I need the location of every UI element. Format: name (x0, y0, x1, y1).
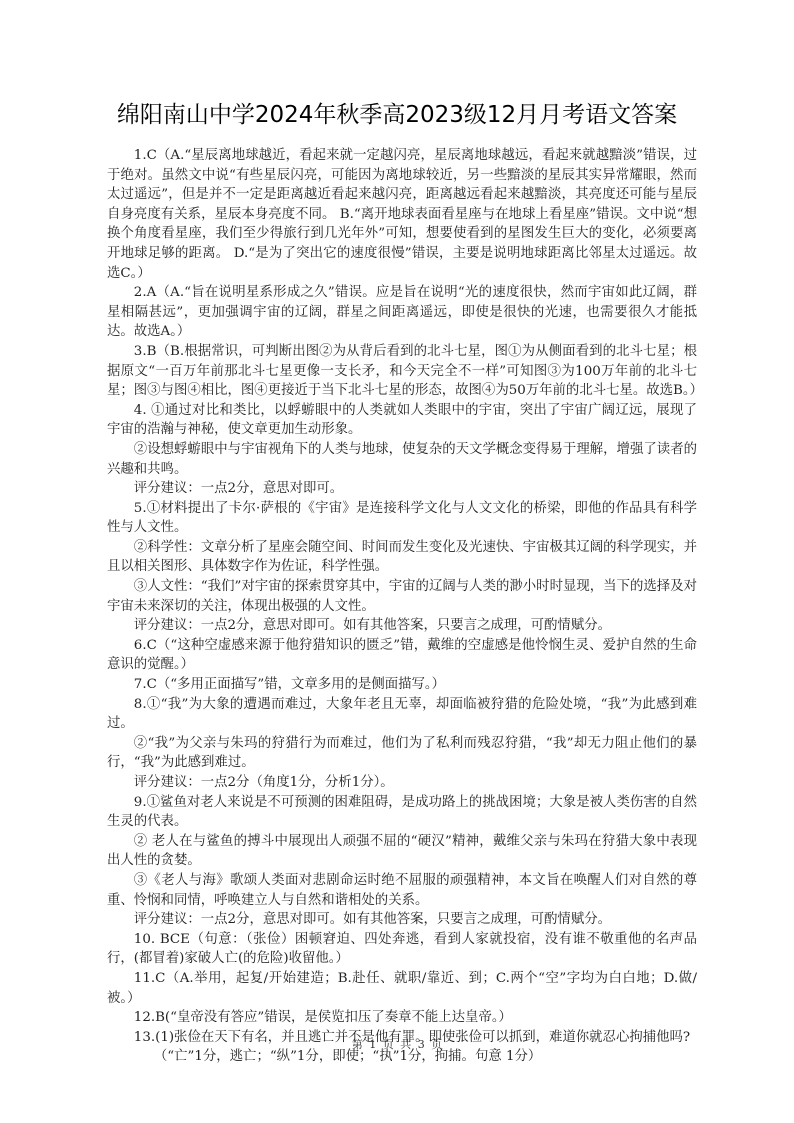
answer-q4-point2: ②设想蜉蝣眼中与宇宙视角下的人类与地球，使复杂的天文学概念变得易于理解，增强了读… (107, 440, 697, 479)
answer-q9-point1: 9.①鲨鱼对老人来说是不可预测的困难阻碍，是成功路上的挑战困境；大象是被人类伤害… (107, 793, 697, 832)
answer-q5-point2: ②科学性：文章分析了星座会随空间、时间而发生变化及光速快、宇宙极其辽阔的科学现实… (107, 538, 697, 577)
answer-q5-point3: ③人文性：“我们”对宇宙的探索贯穿其中，宇宙的辽阔与人类的渺小时时显现，当下的选… (107, 577, 697, 616)
answer-q2: 2.A（A.“旨在说明星系形成之久”错误。应是旨在说明“光的速度很快，然而宇宙如… (107, 283, 697, 342)
answer-q9-point3: ③《老人与海》歌颂人类面对悲剧命运时绝不屈服的顽强精神，本文旨在唤醒人们对自然的… (107, 871, 697, 910)
answer-body: 1.C（A.“星辰离地球越近，看起来就一定越闪亮，星辰离地球越远，看起来就越黯淡… (107, 146, 697, 1067)
answer-q7: 7.C（“多用正面描写”错，文章多用的是侧面描写。） (107, 675, 697, 695)
page-number-footer: 第 1 页 共 3 页 (0, 1036, 794, 1052)
scoring-note-q5: 评分建议：一点2分，意思对即可。如有其他答案，只要言之成理，可酌情赋分。 (107, 616, 697, 636)
answer-q4-point1: 4. ①通过对比和类比，以蜉蝣眼中的人类就如人类眼中的宇宙，突出了宇宙广阔辽远，… (107, 401, 697, 440)
answer-q11: 11.C（A.举用，起复/开始建造；B.赴任、就职/靠近、到；C.两个“空”字均… (107, 969, 697, 1008)
scoring-note-q8: 评分建议：一点2分（角度1分，分析1分）。 (107, 773, 697, 793)
answer-q10: 10. BCE（句意：（张俭）困顿窘迫、四处奔逃，看到人家就投宿，没有谁不敬重他… (107, 930, 697, 969)
scoring-note-q4: 评分建议：一点2分，意思对即可。 (107, 479, 697, 499)
answer-q9-point2: ② 老人在与鲨鱼的搏斗中展现出人顽强不屈的“硬汉”精神，戴维父亲与朱玛在狩猎大象… (107, 832, 697, 871)
page-title: 绵阳南山中学2024年秋季高2023级12月月考语文答案 (100, 98, 694, 132)
answer-q3: 3.B（B.根据常识，可判断出图②为从背后看到的北斗七星，图①为从侧面看到的北斗… (107, 342, 697, 401)
answer-q6: 6.C（“这种空虚感来源于他狩猎知识的匮乏”错，戴维的空虚感是他怜悯生灵、爱护自… (107, 636, 697, 675)
answer-q1: 1.C（A.“星辰离地球越近，看起来就一定越闪亮，星辰离地球越远，看起来就越黯淡… (107, 146, 697, 283)
scoring-note-q9: 评分建议：一点2分，意思对即可。如有其他答案，只要言之成理，可酌情赋分。 (107, 910, 697, 930)
document-page: 绵阳南山中学2024年秋季高2023级12月月考语文答案 1.C（A.“星辰离地… (0, 0, 794, 1123)
answer-q5-point1: 5.①材料提出了卡尔·萨根的《宇宙》是连接科学文化与人文文化的桥梁，即他的作品具… (107, 499, 697, 538)
answer-q8-point1: 8.①“我”为大象的遭遇而难过，大象年老且无辜，却面临被狩猎的危险处境，“我”为… (107, 695, 697, 734)
answer-q12: 12.B(“皇帝没有答应”错误，是侯览扣压了奏章不能上达皇帝。） (107, 1008, 697, 1028)
answer-q8-point2: ②“我”为父亲与朱玛的狩猎行为而难过，他们为了私利而残忍狩猎，“我”却无力阻止他… (107, 734, 697, 773)
